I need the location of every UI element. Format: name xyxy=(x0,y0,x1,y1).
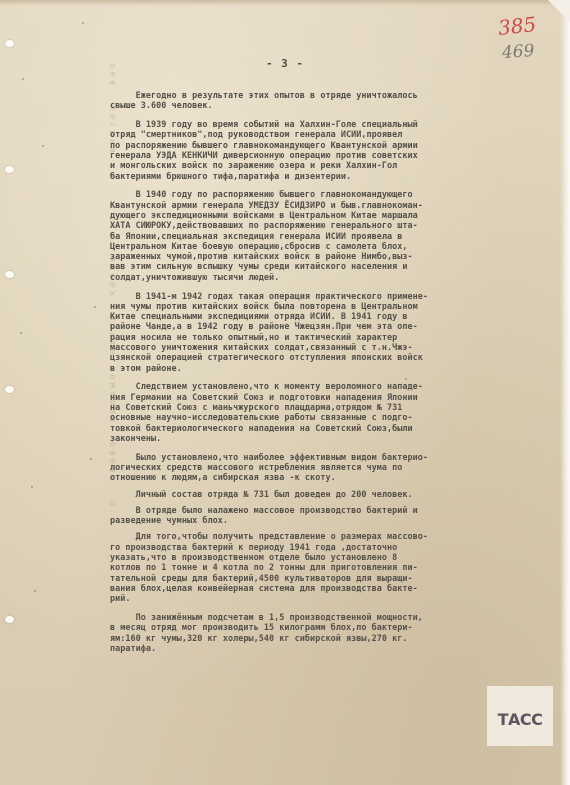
text-line: котлов по 1 тонне и 4 котла по 2 тонны д… xyxy=(110,562,540,572)
text-line: в месяц отряд мог производить 15 килогра… xyxy=(110,622,540,632)
text-line: В отряде было налажено массовое производ… xyxy=(110,505,540,515)
text-line: ния чумы против китайских войск была пов… xyxy=(110,301,540,311)
text-line: основные научно-исследовательские работы… xyxy=(110,412,540,422)
text-line: бактериями брюшного тифа,паратифа и дизе… xyxy=(110,171,540,181)
text-line: ям:160 кг чумы,320 кг холеры,540 кг сиби… xyxy=(110,633,540,643)
text-line: ния Германии на Советский Союз и подгото… xyxy=(110,392,540,402)
text-line: логических средств массового истребления… xyxy=(110,462,540,472)
text-line: В 1940 году по распоряжению бывшего глав… xyxy=(110,189,540,199)
text-line: вания блох,целая конвейерная система для… xyxy=(110,583,540,593)
paragraph: В 1939 году во время событий на Халхин-Г… xyxy=(110,119,540,181)
punch-hole xyxy=(5,616,14,623)
text-line: на Советский Союз с маньчжурского плацда… xyxy=(110,402,540,412)
text-line: свыше 3.600 человек. xyxy=(110,100,540,110)
text-line: отношению к людям,а сибирская язва -к ск… xyxy=(110,472,540,482)
document-page: о оваво ишовыо ешепи кеоив ео в виштеи в… xyxy=(0,0,570,785)
text-line: В 1939 году во время событий на Халхин-Г… xyxy=(110,119,540,129)
paragraph: Было установлено,что наиболее эффективны… xyxy=(110,452,540,483)
text-line: По занижённым подсчетам в 1,5 производст… xyxy=(110,612,540,622)
text-line: и монгольских войск по заражению озера и… xyxy=(110,160,540,170)
paragraph: Для того,чтобы получить представление о … xyxy=(110,531,540,603)
paragraph: По занижённым подсчетам в 1,5 производст… xyxy=(110,612,540,653)
text-line: товкой бактериологического нападения на … xyxy=(110,423,540,433)
text-line: Для того,чтобы получить представление о … xyxy=(110,531,540,541)
paper-right-edge xyxy=(560,0,570,785)
text-line: районе Чанде,а в 1942 году в районе Чжец… xyxy=(110,321,540,331)
paragraph: В 1940 году по распоряжению бывшего глав… xyxy=(110,189,540,282)
punch-hole xyxy=(5,386,14,393)
text-line: вав этим сильную вспышку чумы среди кита… xyxy=(110,261,540,271)
text-line: в этом районе. xyxy=(110,363,540,373)
paragraph: Личный состав отряда № 731 был доведен д… xyxy=(110,489,540,499)
tass-logo-text: ТАСС xyxy=(498,710,543,729)
text-line: Следствием установлено,что к моменту вер… xyxy=(110,381,540,391)
text-line: цзянской операцией стратегического отсту… xyxy=(110,352,540,362)
text-line: солдат,уничтожившую тысячи людей. xyxy=(110,272,540,282)
paper-top-edge xyxy=(0,0,570,6)
text-line: рация носила не только опытный,но и такт… xyxy=(110,332,540,342)
text-line: массового уничтожения китайских солдат,с… xyxy=(110,342,540,352)
text-line: разведение чумных блох. xyxy=(110,515,540,525)
paragraph: В 1941-м 1942 годах такая операция практ… xyxy=(110,291,540,373)
text-line: Было установлено,что наиболее эффективны… xyxy=(110,452,540,462)
paragraph: Ежегодно в результате этих опытов в отря… xyxy=(110,90,540,111)
text-line: указать,что в производственном отделе бы… xyxy=(110,552,540,562)
text-line: Личный состав отряда № 731 был доведен д… xyxy=(110,489,540,499)
paragraph: В отряде было налажено массовое производ… xyxy=(110,505,540,526)
punch-hole xyxy=(5,40,14,47)
archive-number-red: 385 xyxy=(497,12,537,40)
text-line: рий. xyxy=(110,593,540,603)
corner-fold xyxy=(548,0,570,22)
tass-watermark: ТАСС xyxy=(487,686,553,746)
document-body: Ежегодно в результате этих опытов в отря… xyxy=(110,90,540,662)
paragraph: Следствием установлено,что к моменту вер… xyxy=(110,381,540,443)
page-number: - 3 - xyxy=(0,57,570,70)
text-line: ХАТА СИЮРОКУ,действовавших по распоряжен… xyxy=(110,220,540,230)
text-line: В 1941-м 1942 годах такая операция практ… xyxy=(110,291,540,301)
text-line: Центральном Китае боевую операцию,сброси… xyxy=(110,241,540,251)
text-line: ба Японии,специальная экспедиция генерал… xyxy=(110,231,540,241)
text-line: по распоряжению бывшего главнокомандующе… xyxy=(110,140,540,150)
text-line: Ежегодно в результате этих опытов в отря… xyxy=(110,90,540,100)
punch-hole xyxy=(5,166,14,173)
text-line: зараженных чумой,против китайских войск … xyxy=(110,251,540,261)
text-line: закончены. xyxy=(110,433,540,443)
text-line: тательной среды для бактерий,4500 культи… xyxy=(110,573,540,583)
text-line: паратифа. xyxy=(110,643,540,653)
text-line: дующего экспедиционными войсками в Центр… xyxy=(110,210,540,220)
text-line: генерала УЭДА КЕНКИЧИ диверсионную опера… xyxy=(110,150,540,160)
text-line: Китае специальными экспедициями отряда И… xyxy=(110,311,540,321)
punch-hole xyxy=(5,271,14,278)
text-line: го производства бактерий к периоду 1941 … xyxy=(110,542,540,552)
text-line: Квантунской армии генерала УМЕДЗУ ЁСИДЗИ… xyxy=(110,200,540,210)
text-line: отряд "смертников",под руководством гене… xyxy=(110,129,540,139)
